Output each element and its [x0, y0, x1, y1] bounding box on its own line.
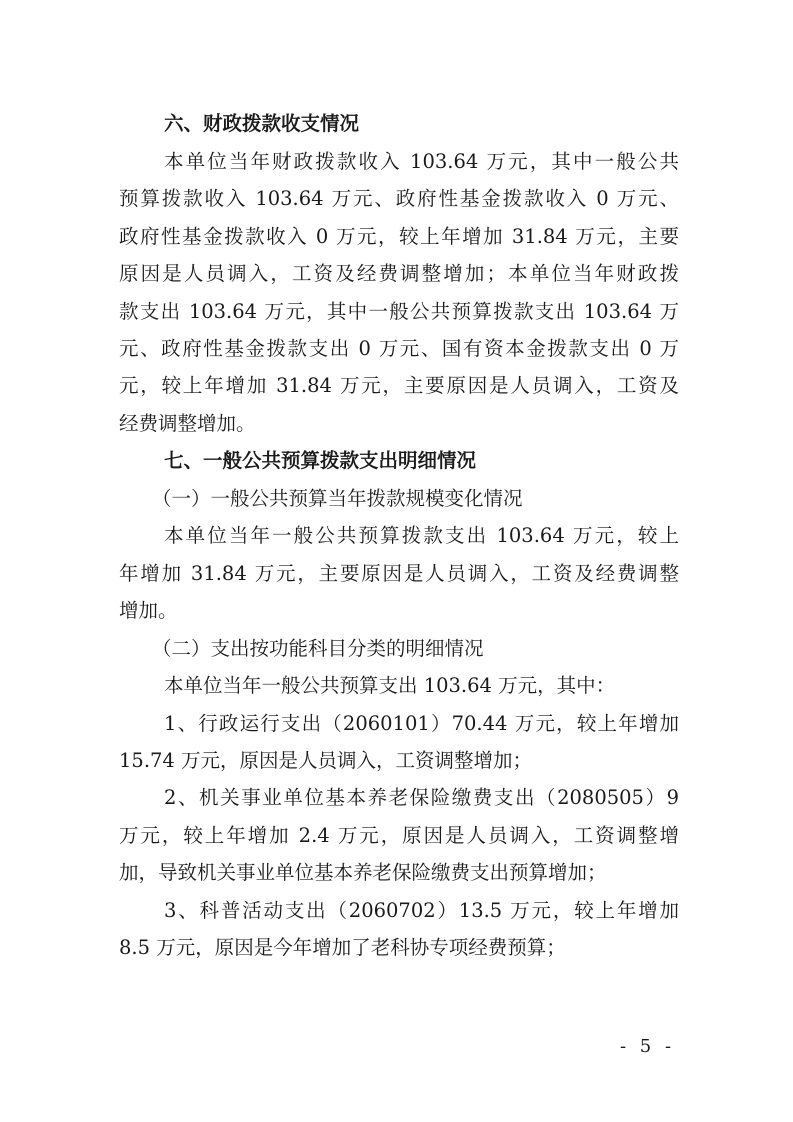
- paragraph-line: 年增加 31.84 万元，主要原因是人员调入，工资及经费调整: [119, 562, 679, 586]
- paragraph-line: 本单位当年一般公共预算拨款支出 103.64 万元，较上: [164, 524, 679, 548]
- page-number: - 5 -: [620, 1035, 675, 1059]
- paragraph-line: 款支出 103.64 万元，其中一般公共预算拨款支出 103.64 万: [119, 300, 679, 324]
- paragraph-line: 元，较上年增加 31.84 万元，主要原因是人员调入，工资及: [119, 374, 679, 398]
- list-item-line: 万元，较上年增加 2.4 万元，原因是人员调入，工资调整增: [119, 824, 679, 848]
- paragraph-line: 本单位当年一般公共预算支出 103.64 万元，其中：: [164, 674, 679, 698]
- paragraph-line: 政府性基金拨款收入 0 万元，较上年增加 31.84 万元，主要: [119, 225, 679, 249]
- paragraph-line: 原因是人员调入，工资及经费调整增加；本单位当年财政拨: [119, 262, 679, 286]
- paragraph-line: 经费调整增加。: [119, 412, 679, 436]
- subsection-heading-1: （一）一般公共预算当年拨款规模变化情况: [152, 487, 667, 511]
- paragraph-line: 本单位当年财政拨款收入 103.64 万元，其中一般公共: [164, 150, 679, 174]
- subsection-heading-2: （二）支出按功能科目分类的明细情况: [152, 637, 667, 661]
- list-item-line: 15.74 万元，原因是人员调入，工资调整增加；: [119, 749, 679, 773]
- list-item-line: 加，导致机关事业单位基本养老保险缴费支出预算增加；: [119, 861, 679, 885]
- section-heading-6: 六、财政拨款收支情况: [164, 112, 679, 136]
- paragraph-line: 预算拨款收入 103.64 万元、政府性基金拨款收入 0 万元、: [119, 187, 679, 211]
- document-page: 六、财政拨款收支情况 本单位当年财政拨款收入 103.64 万元，其中一般公共 …: [0, 0, 793, 1122]
- list-item-line: 3、科普活动支出（2060702）13.5 万元，较上年增加: [164, 899, 679, 923]
- paragraph-line: 元、政府性基金拨款支出 0 万元、国有资本金拨款支出 0 万: [119, 337, 679, 361]
- list-item-line: 8.5 万元，原因是今年增加了老科协专项经费预算；: [119, 936, 679, 960]
- paragraph-line: 增加。: [119, 599, 679, 623]
- list-item-line: 1、行政运行支出（2060101）70.44 万元，较上年增加: [164, 712, 679, 736]
- list-item-line: 2、机关事业单位基本养老保险缴费支出（2080505）9: [164, 786, 679, 810]
- section-heading-7: 七、一般公共预算拨款支出明细情况: [164, 449, 679, 473]
